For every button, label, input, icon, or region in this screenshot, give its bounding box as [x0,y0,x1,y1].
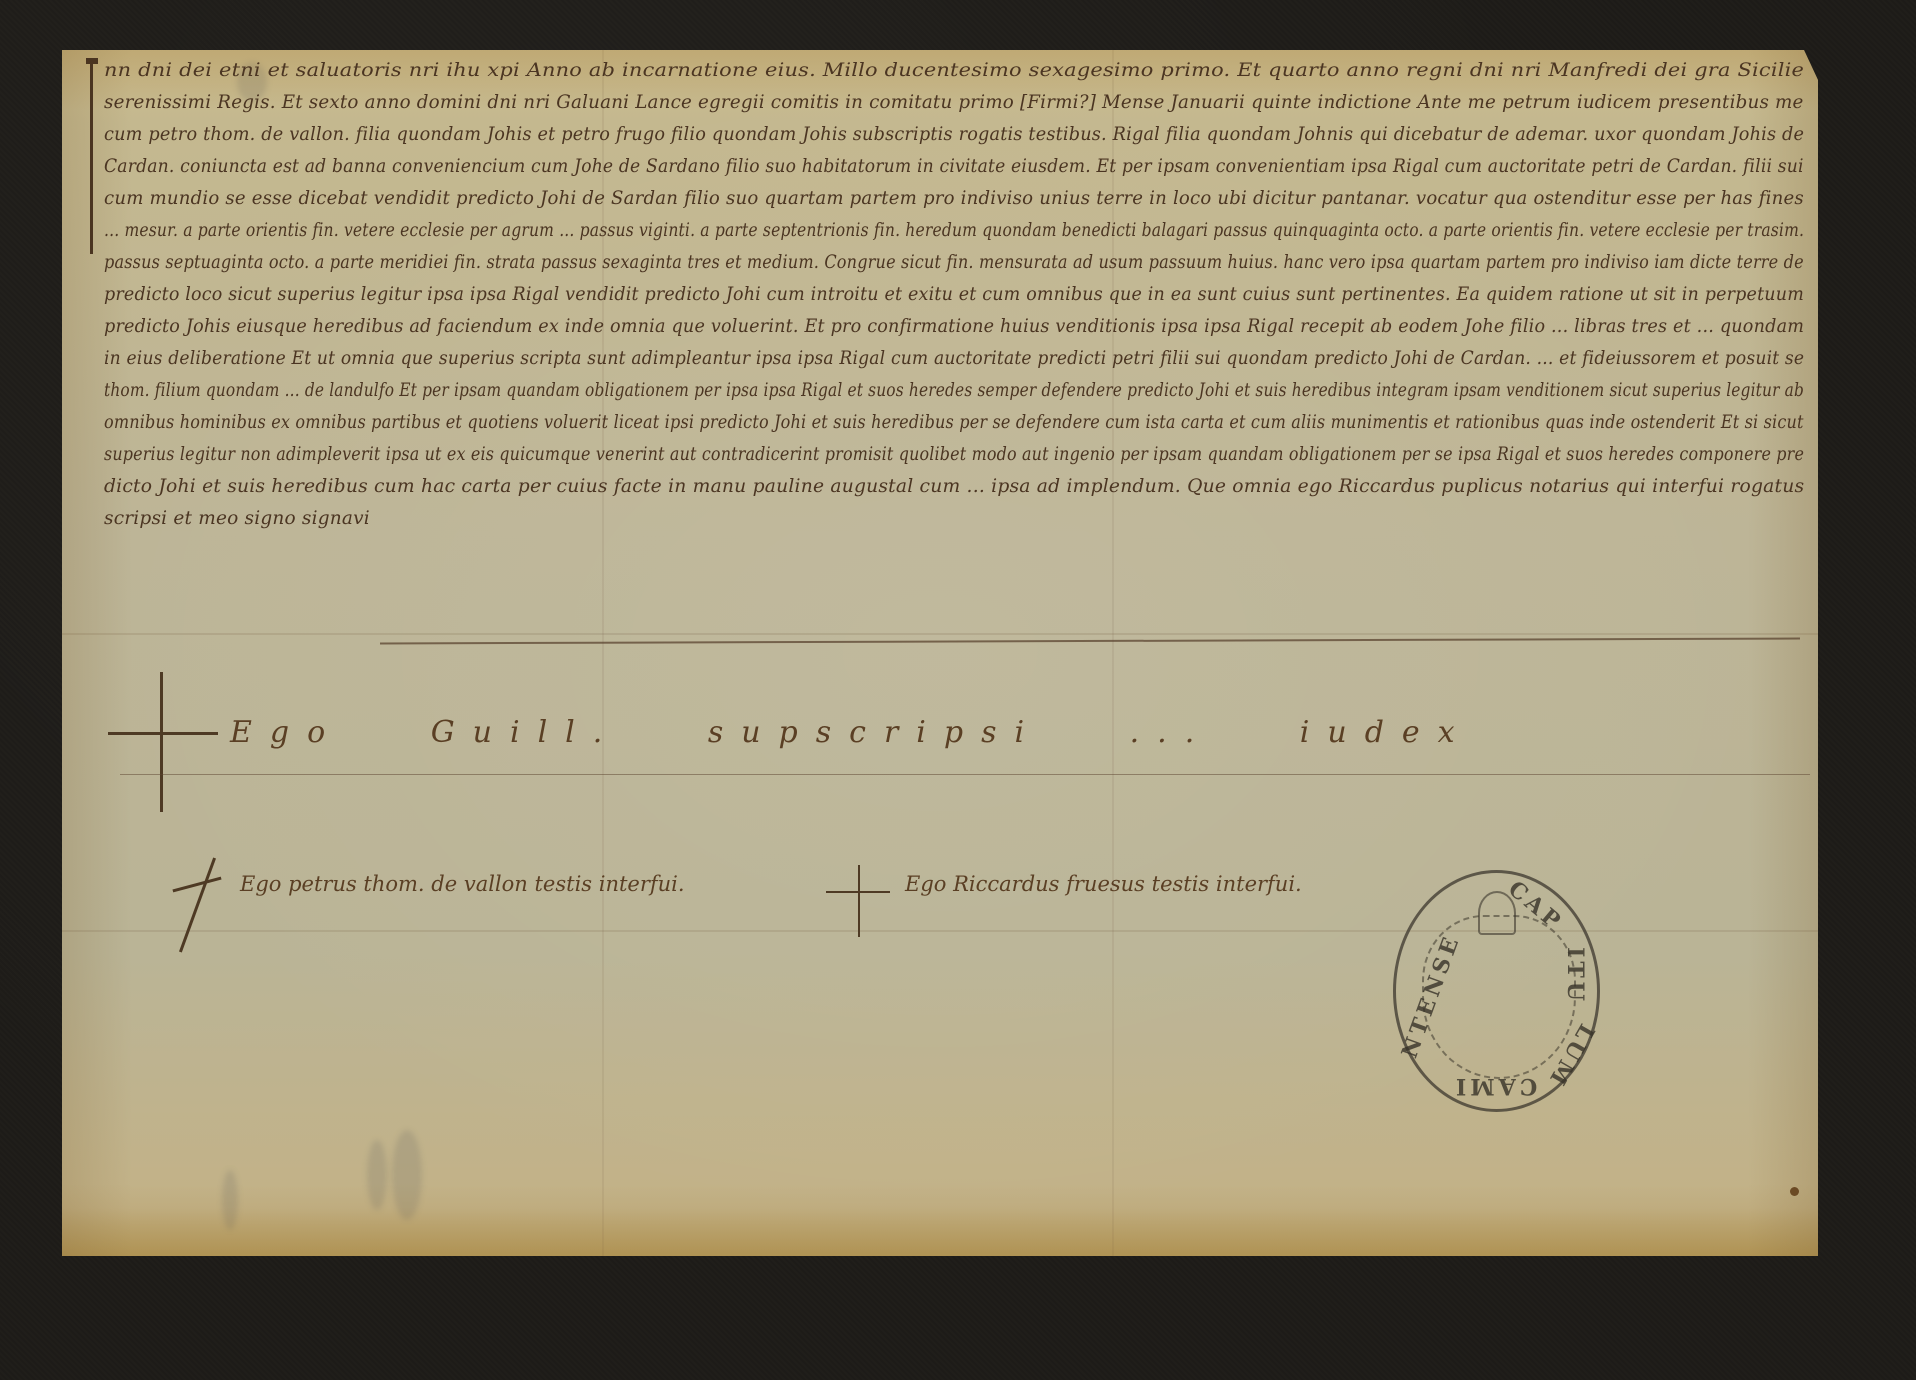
pin-hole [1790,1187,1799,1196]
text-line: serenissimi Regis. Et sexto anno domini … [104,92,1804,113]
decorated-initial-letter [86,58,98,258]
ruling-line [120,774,1810,775]
water-stain [367,1140,387,1210]
water-stain [392,1130,422,1220]
text-line: predicto Johis eiusque heredibus ad faci… [104,316,1804,337]
text-line: cum petro thom. de vallon. filia quondam… [104,124,1804,145]
judge-signum-cross-icon [108,672,218,812]
chapter-seal-stamp: CAP ITU LUM CAMI NTENSE [1393,870,1600,1112]
text-line: scripsi et meo signo signavi [104,508,370,529]
water-stain [222,1170,238,1230]
text-line: Cardan. coniuncta est ad banna convenien… [104,156,1804,177]
text-line: dicto Johi et suis heredibus cum hac car… [104,476,1804,497]
seal-legend-part: CAMI [1452,1073,1537,1099]
text-line: ... mesur. a parte orientis fin. vetere … [104,220,1804,241]
judge-subscription: Ego Guill. supscripsi ... iudex [230,715,1473,750]
text-line: in eius deliberatione Et ut omnia que su… [104,348,1804,369]
text-line: predicto loco sicut superius legitur ips… [104,284,1804,305]
fold-line [62,633,1818,635]
text-line: thom. filium quondam ... de landulfo Et … [104,380,1804,401]
witness-subscription-riccardus: Ego Riccardus fruesus testis interfui. [905,872,1302,896]
text-line: nn dni dei etni et saluatoris nri ihu xp… [104,60,1804,81]
simple-cross-signum-icon [826,865,890,937]
witness-subscription-petrus: Ego petrus thom. de vallon testis interf… [240,872,685,896]
text-line: cum mundio se esse dicebat vendidit pred… [104,188,1804,209]
chi-rho-signum-icon [172,855,222,955]
text-line: superius legitur non adimpleverit ipsa u… [104,444,1804,465]
seal-legend-part: ITU [1562,947,1588,1005]
text-line: omnibus hominibus ex omnibus partibus et… [104,412,1804,433]
text-line: passus septuaginta octo. a parte meridie… [104,252,1804,273]
